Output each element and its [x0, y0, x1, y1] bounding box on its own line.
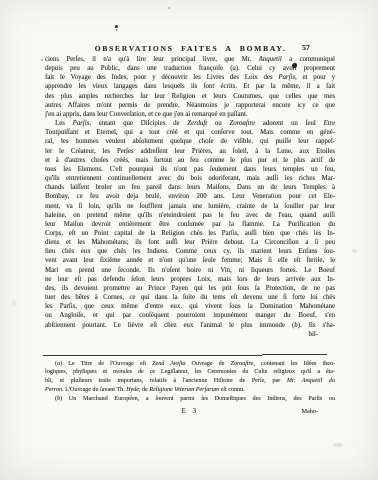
- body-text: ciens Perſes, il n'a qu'à lire leur prin…: [45, 55, 335, 339]
- book-page-scan: OBSERVATIONS FAITES A BOMBAY. 57 ciens P…: [0, 0, 378, 480]
- body-text-line: tuer des bêtes à Cornes, ce qui dans la …: [45, 293, 335, 302]
- body-text-line: autres Affaires m'ont permis de prendre.…: [45, 101, 335, 110]
- footnote-rule-segment: [262, 354, 327, 355]
- page-number: 57: [302, 43, 310, 52]
- body-text-line: ral, les hommes veulent abſolument quelq…: [45, 137, 335, 146]
- body-text-line: les Parſis, que ceux même d'entre eux, q…: [45, 302, 335, 311]
- body-text-line: chands laiſſent bruler un feu pareil dan…: [45, 183, 335, 192]
- footnote-line: bli, et pluſieurs traits importans, rela…: [45, 377, 335, 386]
- body-text-line: ler le Créateur, les Perſes addreſſent l…: [45, 147, 335, 156]
- body-text-line: qu'ils entretiennent continuellement ave…: [45, 174, 335, 183]
- body-text-line: ciens Perſes, il n'a qu'à lire leur prin…: [45, 55, 335, 64]
- footnote-line: (b) Un Marchand Européen, a ſouvent parm…: [45, 395, 335, 404]
- paper-smudge: [352, 249, 357, 253]
- body-text-line: leur Maiſon devroit entièrement être con…: [45, 220, 335, 229]
- body-text-line: lieu chés eux que chés les Indiens. Comm…: [45, 247, 335, 256]
- body-text-line: ment, va ſi loin, qu'ils ne ſoufflent ja…: [45, 202, 335, 211]
- body-text-line: Les Parſis, entant que Diſciples de Zerd…: [45, 119, 335, 128]
- body-text-line: diens et les Mahométans; ils font auſſi …: [45, 238, 335, 247]
- ink-speck: [168, 7, 170, 9]
- body-text-line: des, ils devoient promettre au Prince Pa…: [45, 284, 335, 293]
- body-text-line: Mari en prend une ſeconde. Ils n'oſent b…: [45, 266, 335, 275]
- page-footer: E 3 Maho-: [45, 407, 335, 419]
- body-text-line: bil-: [45, 330, 335, 339]
- body-text-line: haleine, on pretend même qu'ils n'eteind…: [45, 211, 335, 220]
- ink-speck: [115, 25, 118, 28]
- body-text-line: des plus amples recherches ſur leur Reli…: [45, 92, 335, 101]
- footnote-rule: [43, 355, 262, 356]
- signature-mark: E 3: [181, 407, 198, 415]
- body-text-line: ne leur eſt pas defendu ſelon leurs prop…: [45, 275, 335, 284]
- body-text-line: Bombay, ce feu avoit deja brulé, environ…: [45, 192, 335, 201]
- body-text-line: et à d'autres choſes créés, mais ſurtout…: [45, 156, 335, 165]
- body-text-line: Toutpuiſſant et Eternel, qui a tout créé…: [45, 128, 335, 137]
- body-text-line: tous les Elemens. C'eſt pourquoi ils n'o…: [45, 165, 335, 174]
- body-text-line: ou Angloiſe, et qui par conſéquent pourr…: [45, 311, 335, 320]
- body-text-line: j'en ai appris, dans leur Converſation, …: [45, 110, 335, 119]
- footnote-line: Perron. L'Ouvrage du ſavant Th. Hyde, de…: [45, 386, 335, 395]
- footnotes: (a) Le Titre de l'Ouvrage eſt Zend Aveſt…: [45, 360, 335, 404]
- body-text-line: apprendre les vieux langages dans lesque…: [45, 82, 335, 91]
- body-text-line: vent avant leur ſixième année et n'ont q…: [45, 256, 335, 265]
- body-text-line: abſtiennent pourtant. Le lièvre eſt chez…: [45, 321, 335, 330]
- body-text-line: Corps, eſt un Point capital de la Religi…: [45, 229, 335, 238]
- ink-speck: [41, 59, 43, 61]
- paper-smudge: [12, 300, 16, 306]
- footnote-line: logiques, phyſiques et morales de ce Leg…: [45, 368, 335, 377]
- paper-smudge: [333, 443, 343, 447]
- catchword: Maho-: [302, 408, 319, 415]
- footnote-line: (a) Le Titre de l'Ouvrage eſt Zend Aveſt…: [45, 360, 335, 369]
- body-text-line: fait le Voyage des Indes, pour y découvr…: [45, 73, 335, 82]
- running-title: OBSERVATIONS FAITES A BOMBAY.: [45, 44, 336, 53]
